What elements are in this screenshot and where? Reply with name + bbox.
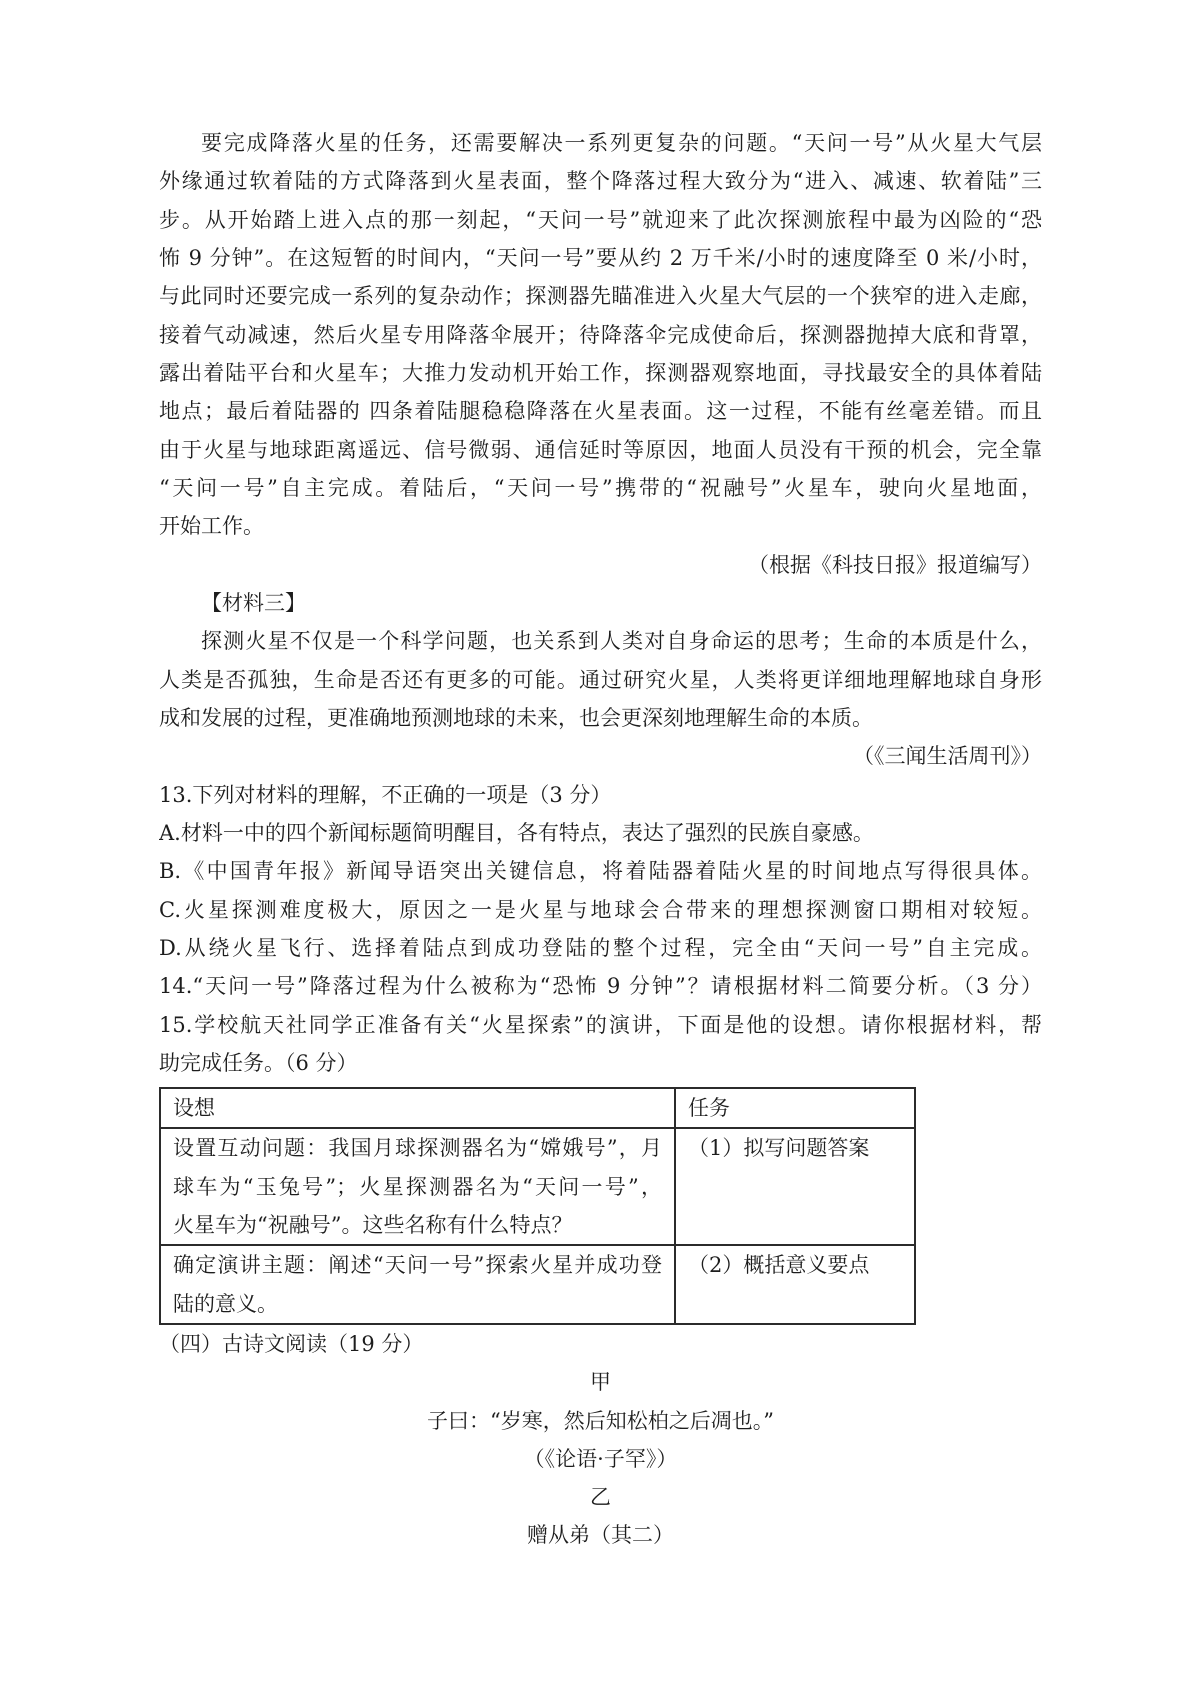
text-line: 球车为“玉兔号”；火星探测器名为“天问一号”， [173, 1168, 662, 1206]
text-line: 步。从开始踏上进入点的那一刻起，“天问一号”就迎来了此次探测旅程中最为凶险的“恐 [159, 201, 1042, 239]
text-line: 15.学校航天社同学正准备有关“火星探索”的演讲，下面是他的设想。请你根据材料，… [159, 1006, 1042, 1044]
poem-title: 赠从弟（其二） [159, 1516, 1042, 1554]
text-line: 由于火星与地球距离遥远、信号微弱、通信延时等原因，地面人员没有干预的机会，完全靠 [159, 431, 1042, 469]
text-line: 开始工作。 [159, 507, 1042, 545]
task-table-row1-idea-cell: 设置互动问题：我国月球探测器名为“嫦娥号”，月球车为“玉兔号”；火星探测器名为“… [160, 1128, 675, 1245]
task-table: 设想 任务 设置互动问题：我国月球探测器名为“嫦娥号”，月球车为“玉兔号”；火星… [159, 1087, 916, 1325]
text-line: “天问一号”自主完成。着陆后，“天问一号”携带的“祝融号”火星车，驶向火星地面， [159, 469, 1042, 507]
text-line: A.材料一中的四个新闻标题简明醒目，各有特点，表达了强烈的民族自豪感。 [159, 814, 1042, 852]
task-table-header-idea: 设想 [160, 1088, 675, 1128]
question13-stem: 13.下列对材料的理解，不正确的一项是（3 分） [159, 776, 1042, 814]
task-table-header-task: 任务 [675, 1088, 915, 1128]
text-line: 要完成降落火星的任务，还需要解决一系列更复杂的问题。“天问一号”从火星大气层 [159, 124, 1042, 162]
passage-jia-label: 甲 [159, 1363, 1042, 1401]
task-table-row1-task: （1）拟写问题答案 [688, 1129, 902, 1167]
task-table-header-row: 设想 任务 [160, 1088, 915, 1128]
passage-jia-text: 子曰：“岁寒，然后知松柏之后凋也。” [159, 1402, 1042, 1440]
material2-source: （根据《科技日报》报道编写） [159, 546, 1042, 584]
text-line: 露出着陆平台和火星车；大推力发动机开始工作，探测器观察地面，寻找最安全的具体着陆 [159, 354, 1042, 392]
text-line: 成和发展的过程，更准确地预测地球的未来，也会更深刻地理解生命的本质。 [159, 699, 1042, 737]
passage-yi-label: 乙 [159, 1478, 1042, 1516]
text-line: 火星车为“祝融号”。这些名称有什么特点？ [173, 1206, 662, 1244]
text-line: 探测火星不仅是一个科学问题，也关系到人类对自身命运的思考；生命的本质是什么， [159, 622, 1042, 660]
text-line: 陆的意义。 [173, 1285, 662, 1323]
text-line: 接着气动减速，然后火星专用降落伞展开；待降落伞完成使命后，探测器抛掉大底和背罩， [159, 316, 1042, 354]
question14: 14.“天问一号”降落过程为什么被称为“恐怖 9 分钟”？请根据材料二简要分析。… [159, 967, 1042, 1005]
task-table-row2-idea-cell: 确定演讲主题：阐述“天问一号”探索火星并成功登陆的意义。 [160, 1245, 675, 1324]
text-line: 人类是否孤独，生命是否还有更多的可能。通过研究火星，人类将更详细地理解地球自身形 [159, 661, 1042, 699]
text-line: C.火星探测难度极大，原因之一是火星与地球会合带来的理想探测窗口期相对较短。 [159, 891, 1042, 929]
material3-label: 【材料三】 [159, 584, 1042, 622]
text-line: 助完成任务。（6 分） [159, 1044, 1042, 1082]
text-line: 怖 9 分钟”。在这短暂的时间内，“天问一号”要从约 2 万千米/小时的速度降至… [159, 239, 1042, 277]
task-table-row2-task-cell: （2）概括意义要点 [675, 1245, 915, 1324]
material3-source: （《三闻生活周刊》） [159, 737, 1042, 775]
exam-page: 要完成降落火星的任务，还需要解决一系列更复杂的问题。“天问一号”从火星大气层外缘… [0, 0, 1200, 1698]
task-table-row1-task-cell: （1）拟写问题答案 [675, 1128, 915, 1245]
section4-heading: （四）古诗文阅读（19 分） [159, 1325, 1042, 1363]
material2-paragraph: 要完成降落火星的任务，还需要解决一系列更复杂的问题。“天问一号”从火星大气层外缘… [159, 124, 1042, 546]
page-content: 要完成降落火星的任务，还需要解决一系列更复杂的问题。“天问一号”从火星大气层外缘… [159, 124, 1042, 1555]
text-line: B.《中国青年报》新闻导语突出关键信息，将着陆器着陆火星的时间地点写得很具体。 [159, 852, 1042, 890]
text-line: 确定演讲主题：阐述“天问一号”探索火星并成功登 [173, 1246, 662, 1284]
text-line: D.从绕火星飞行、选择着陆点到成功登陆的整个过程，完全由“天问一号”自主完成。 [159, 929, 1042, 967]
text-line: 外缘通过软着陆的方式降落到火星表面，整个降落过程大致分为“进入、减速、软着陆”三 [159, 162, 1042, 200]
material3-paragraph: 探测火星不仅是一个科学问题，也关系到人类对自身命运的思考；生命的本质是什么，人类… [159, 622, 1042, 737]
task-table-row2-task: （2）概括意义要点 [688, 1246, 902, 1284]
text-line: 与此同时还要完成一系列的复杂动作；探测器先瞄准进入火星大气层的一个狭窄的进入走廊… [159, 277, 1042, 315]
text-line: 地点；最后着陆器的 四条着陆腿稳稳降落在火星表面。这一过程，不能有丝毫差错。而且 [159, 392, 1042, 430]
text-line: 设置互动问题：我国月球探测器名为“嫦娥号”，月 [173, 1129, 662, 1167]
question15: 15.学校航天社同学正准备有关“火星探索”的演讲，下面是他的设想。请你根据材料，… [159, 1006, 1042, 1083]
task-table-row-1: 设置互动问题：我国月球探测器名为“嫦娥号”，月球车为“玉兔号”；火星探测器名为“… [160, 1128, 915, 1245]
task-table-row-2: 确定演讲主题：阐述“天问一号”探索火星并成功登陆的意义。 （2）概括意义要点 [160, 1245, 915, 1324]
passage-jia-source: （《论语·子罕》） [159, 1440, 1042, 1478]
question13-options: A.材料一中的四个新闻标题简明醒目，各有特点，表达了强烈的民族自豪感。B.《中国… [159, 814, 1042, 967]
